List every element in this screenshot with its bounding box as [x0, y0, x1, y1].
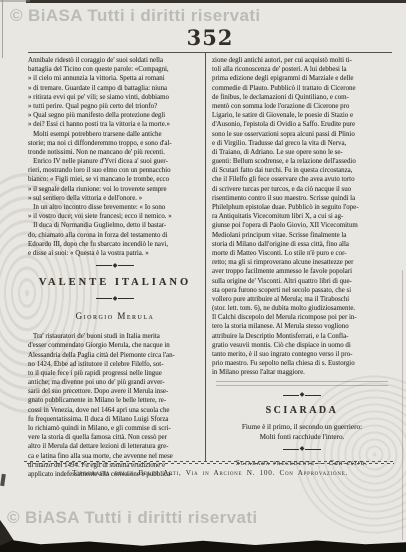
text-line: bianco: « Figli miei, se vi mancano le t…: [28, 175, 202, 184]
text-line: d'Ausonio, l'epistola di Ovidio a Saffo.…: [212, 120, 392, 129]
section-title: VALENTE ITALIANO: [28, 278, 202, 291]
text-line: Enrico IV nelle pianure d'Yvri dicea a' …: [28, 157, 202, 166]
text-line: sta opera furono scoperti nel secolo pas…: [212, 286, 392, 295]
text-line: Philelphum epistolae duae. Pubblicò in s…: [212, 203, 392, 212]
paragraph-merula-works: zione degli antichi autori, per cui acqu…: [212, 56, 392, 378]
text-line: gratio vesuvii montis. Ciò che dispiace …: [212, 341, 392, 350]
text-line: risentimento contro il suo maestro. Scri…: [212, 194, 392, 203]
text-line: vere la storia di quella famosa città. N…: [28, 433, 202, 442]
text-line: che il Filelfo gli fece osservare che av…: [212, 175, 392, 184]
text-line: ca e latina fino alla sua morte, che avv…: [28, 452, 202, 461]
footer-squiggle-rule: [24, 461, 394, 464]
text-line: e di Virgilio. Tradusse dal greco la vit…: [212, 139, 392, 148]
page-number: 352: [28, 25, 392, 50]
text-line: Il duca di Normandia Guglielmo, detto il…: [28, 221, 202, 230]
text-line: sulla origine de' Visconti. Altri quattr…: [212, 277, 392, 286]
scan-right-edge: [402, 270, 403, 540]
library-watermark-top: © BiASA Tutti i diritti riservati: [10, 6, 261, 26]
scan-top-edge: [26, 0, 406, 3]
text-line: di Traiano, di Adriano. Le sue opere son…: [212, 148, 392, 157]
text-line: di Scutari fatto dai turchi. Fu in quest…: [212, 166, 392, 175]
text-line: no 1424. Ebbe ad istitutore il celebre F…: [28, 360, 202, 369]
text-line: d'esser commendato Giorgio Merula, che n…: [28, 341, 202, 350]
text-line: e disse ai suoi: « Questa è la vostra pa…: [28, 249, 202, 258]
text-line: » dei? Essi ci hanno posti tra la vittor…: [28, 120, 202, 129]
text-line: rieri, mostrando loro il suo elmo con un…: [28, 166, 202, 175]
text-line: ra Antiquitatis Vicecomitum libri X, a c…: [212, 212, 392, 221]
text-line: prio maestro. Fu sepolto nella chiesa di…: [212, 359, 392, 368]
text-line: retto; ma gli si rimproverano alcune ine…: [212, 258, 392, 267]
scan-left-edge: [2, 0, 3, 58]
left-column: Annibale ridestò il coraggio de' suoi so…: [28, 56, 202, 479]
sciarada-title: SCIARADA: [212, 406, 392, 418]
text-line: lo richiamò quindi in Milano, e gli comm…: [28, 424, 202, 433]
text-line: attribuire la Descriptio Montisferrati, …: [212, 332, 392, 341]
divider-ornament-icon: ◆: [28, 295, 202, 302]
scan-top-smudge: [0, 0, 30, 2]
text-line: Il Calchi discepolo del Merula ricompose…: [212, 313, 392, 322]
text-line: vollero pure attribuire al Merula; ma il…: [212, 295, 392, 304]
text-line: altro il Merula dal dettare lezioni di l…: [28, 442, 202, 451]
text-line: aver troppo facilmente ammesso le favole…: [212, 267, 392, 276]
divider-ornament-icon: ◆: [28, 262, 202, 269]
text-line: commedie di Plauto. Pubblicò il trattato…: [212, 84, 392, 93]
text-line: (stor. lett. tom. 6), ne dubita molto gi…: [212, 304, 392, 313]
divider-ornament-icon: ◆: [212, 446, 392, 453]
text-line: » di tremare. Guardate il campo di batta…: [28, 84, 202, 93]
text-line: mentò con somma lode l'orazione di Cicer…: [212, 102, 392, 111]
text-line: Ligario, le satire di Giovenale, le poes…: [212, 111, 392, 120]
library-watermark-bottom: © BiASA Tutti i diritti riservati: [7, 508, 258, 528]
text-line: morte di Matteo Visconti. Lo stile n'è p…: [212, 249, 392, 258]
text-line: do, chiamato alla corona in forza del te…: [28, 231, 202, 240]
text-line: guenti: Bellum scodrense, e la relazione…: [212, 157, 392, 166]
text-line: tanto merito, è il suo ingrato contegno …: [212, 350, 392, 359]
text-line: giunse poi l'opera di Paolo Giovio, XII …: [212, 221, 392, 230]
paragraph-merula-biography: Tra' ristauratori de' buoni studi in Ita…: [28, 332, 202, 479]
text-line: Mediolani principum vitae. Scrisse final…: [212, 231, 392, 240]
right-column: zione degli antichi autori, per cui acqu…: [212, 56, 392, 468]
text-line: toli alla riconoscenza de' posteri. A lu…: [212, 65, 392, 74]
text-line: zione degli antichi autori, per cui acqu…: [212, 56, 392, 65]
text-line: » il segnale della riunione: voi lo trov…: [28, 185, 202, 194]
paragraphs-anecdotes: Annibale ridestò il coraggio de' suoi so…: [28, 56, 202, 258]
text-line: » tutti perire. Qual pegno più certo del…: [28, 102, 202, 111]
section-subtitle: Giorgio Merula: [28, 312, 202, 323]
column-divider-rule: [205, 53, 206, 462]
text-line: in Milano presso l'altar maggiore.: [212, 368, 392, 377]
text-line: gnato pubblicamente in Milano le belle l…: [28, 396, 202, 405]
text-line: Annibale ridestò il coraggio de' suoi so…: [28, 56, 202, 65]
text-line: to il quale fece i più rapidi progressi …: [28, 369, 202, 378]
text-line: antiche; ma divenne poi uno de' più gran…: [28, 378, 202, 387]
text-line: Tra' ristauratori de' buoni studi in Ita…: [28, 332, 202, 341]
divider-ornament-icon: ◆: [212, 392, 392, 399]
text-line: sono le sue osservazioni sopra alcuni pa…: [212, 130, 392, 139]
text-line: Alessandria della Paglia città del Piemo…: [28, 351, 202, 360]
text-line: cossi in Venezia, dove nel 1464 aprì una…: [28, 406, 202, 415]
text-line: » Qual segno più manifesto della protezi…: [28, 111, 202, 120]
text-line: » sul sentiero della vittoria e dell'ono…: [28, 194, 202, 203]
text-line: tero la storia milanese. Al Merula stess…: [212, 322, 392, 331]
text-line: Molti esempi potrebbero trarsene dalle a…: [28, 130, 202, 139]
text-line: » ritirata evvi qui pe' vili; se siamo v…: [28, 93, 202, 102]
bleedthrough-rules: [216, 381, 389, 388]
text-line: In un altro incontro disse brevemente: «…: [28, 203, 202, 212]
text-line: di scrivere turcas per turcos, e da ciò …: [212, 185, 392, 194]
text-line: de finibus, le declamazioni di Quintilia…: [212, 93, 392, 102]
header-rule: [28, 52, 392, 53]
text-line: » il cielo mi annunzia la vittoria. Spet…: [28, 74, 202, 83]
text-line: Fiume è il primo, il secondo un guerrier…: [212, 422, 392, 432]
text-line: Edoardo III, dopo che fu sbarcato incend…: [28, 240, 202, 249]
printer-imprint: Tipografia delle Belle Arti, Via in Arci…: [28, 469, 392, 477]
text-line: » il vostro duce; voi siete francesi; ec…: [28, 212, 202, 221]
scan-artifact: [0, 474, 6, 486]
text-line: fu frequentatissima. Il duca di Milano L…: [28, 415, 202, 424]
text-line: prima edizione degli epigrammi di Marzia…: [212, 74, 392, 83]
text-line: storia di Milano dall'origine di essa ci…: [212, 240, 392, 249]
text-line: tronde notissimi. Non ne mancano de' più…: [28, 148, 202, 157]
scan-bottom-edge: [0, 538, 406, 552]
text-line: battaglia del Ticino con queste parole: …: [28, 65, 202, 74]
sciarada-verse: Fiume è il primo, il secondo un guerrier…: [212, 422, 392, 442]
text-line: Molti fonti racchiude l'intero.: [212, 432, 392, 442]
text-line: sarii del suo precettore. Dopo avere il …: [28, 387, 202, 396]
text-line: storie; ma noi ci diffonderemmo troppo, …: [28, 139, 202, 148]
